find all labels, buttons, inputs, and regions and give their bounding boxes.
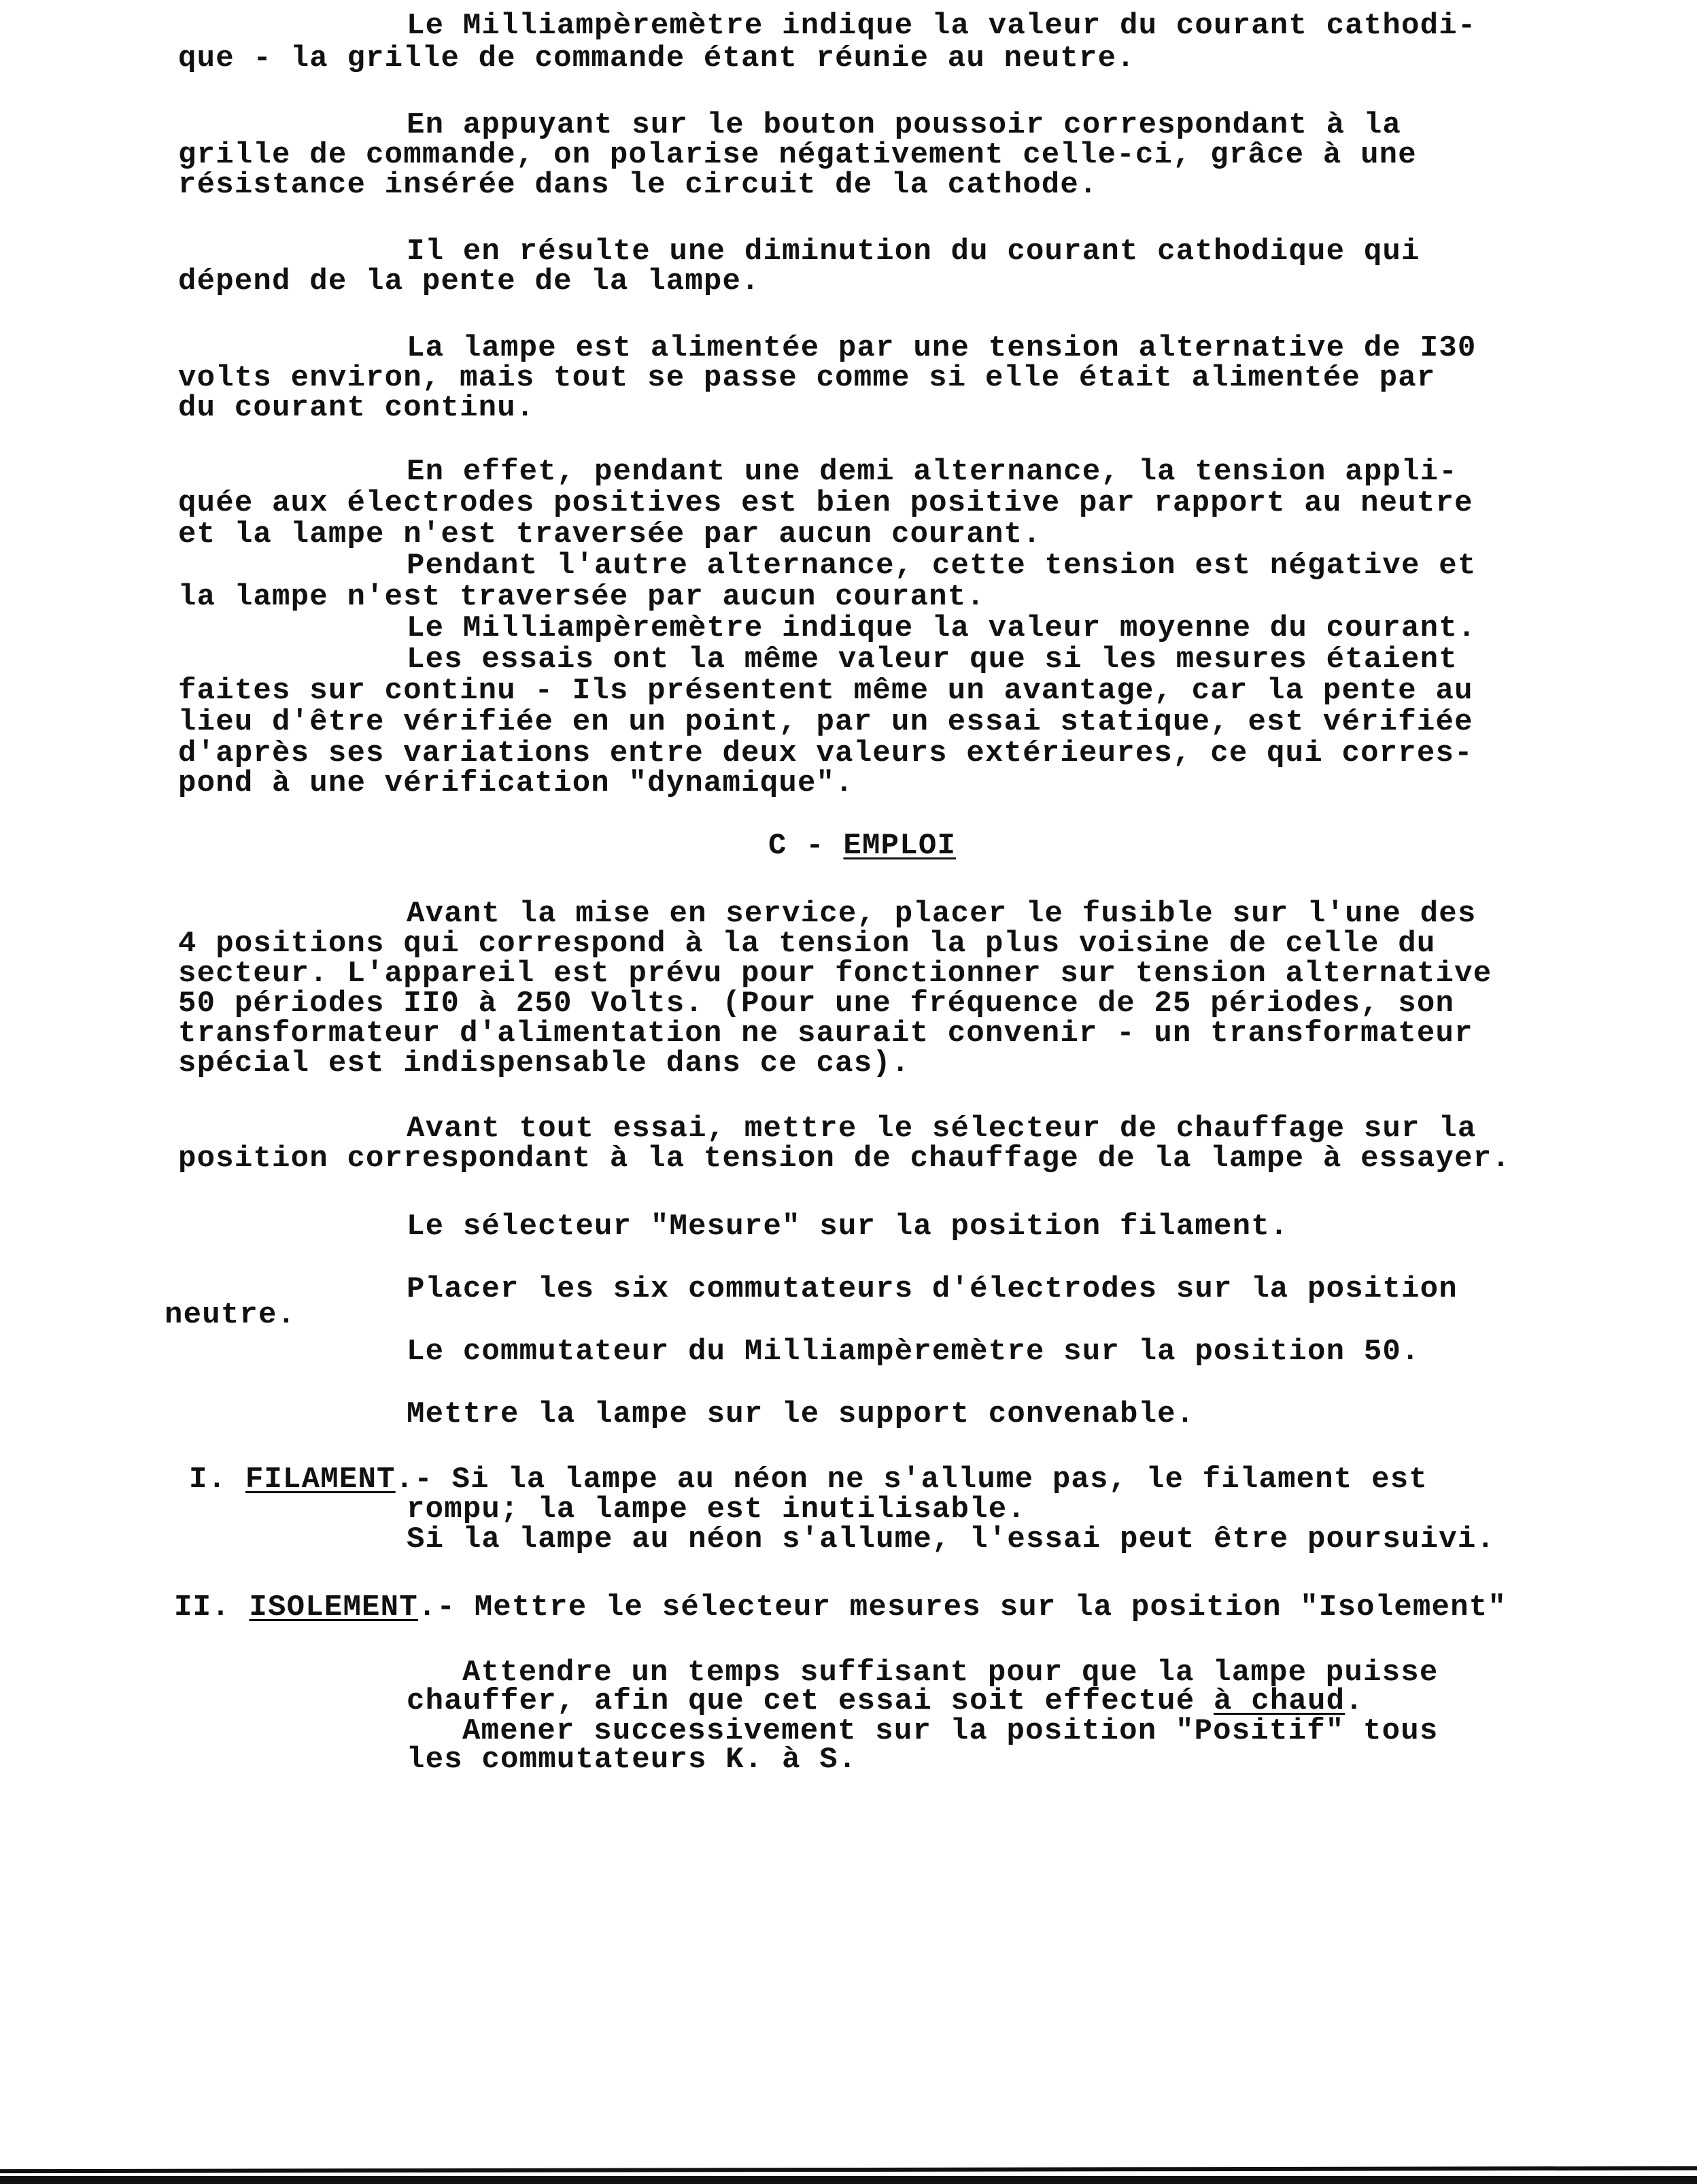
paragraph-line: volts environ, mais tout se passe comme …: [178, 362, 1436, 394]
paragraph-line: Pendant l'autre alternance, cette tensio…: [407, 549, 1476, 582]
paragraph-line: En effet, pendant une demi alternance, l…: [407, 456, 1458, 488]
paragraph-line: du courant continu.: [178, 392, 534, 424]
item-number: I.: [189, 1463, 245, 1497]
paragraph-line: neutre.: [165, 1299, 296, 1331]
paragraph-line: les commutateurs K. à S.: [407, 1743, 857, 1776]
paragraph-line: Le Milliampèremètre indique la valeur mo…: [407, 612, 1476, 645]
scan-edge-band: [0, 2176, 1697, 2184]
paragraph-line: Le Milliampèremètre indique la valeur du…: [407, 10, 1476, 42]
paragraph-line: résistance insérée dans le circuit de la…: [178, 169, 1098, 201]
paragraph-line: chauffer, afin que cet essai soit effect…: [407, 1685, 1364, 1718]
paragraph-line: Avant la mise en service, placer le fusi…: [407, 898, 1476, 930]
paragraph-line: Avant tout essai, mettre le sélecteur de…: [407, 1112, 1476, 1145]
document-page: Le Milliampèremètre indique la valeur du…: [0, 0, 1697, 2184]
paragraph-line: En appuyant sur le bouton poussoir corre…: [407, 109, 1401, 141]
paragraph-line: faites sur continu - Ils présentent même…: [178, 675, 1473, 707]
text-run: .: [1345, 1684, 1364, 1718]
paragraph-line: rompu; la lampe est inutilisable.: [407, 1493, 1026, 1526]
paragraph-line: Le sélecteur "Mesure" sur la position fi…: [407, 1210, 1288, 1243]
item-text: .- Si la lampe au néon ne s'allume pas, …: [396, 1463, 1428, 1497]
section-heading: C - EMPLOI: [768, 830, 956, 862]
paragraph-line: Si la lampe au néon s'allume, l'essai pe…: [407, 1523, 1495, 1556]
paragraph-line: 4 positions qui correspond à la tension …: [178, 927, 1436, 960]
paragraph-line: et la lampe n'est traversée par aucun co…: [178, 518, 1042, 551]
paragraph-line: position correspondant à la tension de c…: [178, 1142, 1511, 1175]
section-prefix: C -: [768, 829, 843, 863]
paragraph-line: La lampe est alimentée par une tension a…: [407, 332, 1476, 364]
paragraph-line: lieu d'être vérifiée en un point, par un…: [178, 706, 1473, 738]
paragraph-line: pond à une vérification "dynamique".: [178, 767, 854, 800]
paragraph-line: Mettre la lampe sur le support convenabl…: [407, 1398, 1195, 1431]
paragraph-line: spécial est indispensable dans ce cas).: [178, 1047, 910, 1080]
item-text: .- Mettre le sélecteur mesures sur la po…: [418, 1590, 1507, 1624]
paragraph-line: d'après ses variations entre deux valeur…: [178, 737, 1473, 770]
scan-edge-line: [0, 2166, 1697, 2173]
emphasis-a-chaud: à chaud: [1214, 1684, 1345, 1718]
item-title: ISOLEMENT: [249, 1590, 417, 1624]
paragraph-line: quée aux électrodes positives est bien p…: [178, 487, 1473, 519]
paragraph-line: la lampe n'est traversée par aucun coura…: [178, 581, 985, 613]
paragraph-line: Il en résulte une diminution du courant …: [407, 235, 1420, 268]
item-isolement: II. ISOLEMENT.- Mettre le sélecteur mesu…: [174, 1591, 1507, 1624]
paragraph-line: transformateur d'alimentation ne saurait…: [178, 1017, 1473, 1050]
paragraph-line: Le commutateur du Milliampèremètre sur l…: [407, 1335, 1420, 1368]
text-run: chauffer, afin que cet essai soit effect…: [407, 1684, 1214, 1718]
section-title: EMPLOI: [843, 829, 956, 863]
paragraph-line: Placer les six commutateurs d'électrodes…: [407, 1273, 1458, 1306]
item-number: II.: [174, 1590, 249, 1624]
item-title: FILAMENT: [245, 1463, 396, 1497]
paragraph-line: grille de commande, on polarise négative…: [178, 139, 1417, 171]
paragraph-line: que - la grille de commande étant réunie…: [178, 42, 1135, 75]
paragraph-line: Les essais ont la même valeur que si les…: [407, 643, 1458, 676]
item-filament: I. FILAMENT.- Si la lampe au néon ne s'a…: [189, 1463, 1428, 1496]
paragraph-line: dépend de la pente de la lampe.: [178, 265, 760, 298]
paragraph-line: 50 périodes II0 à 250 Volts. (Pour une f…: [178, 987, 1454, 1020]
paragraph-line: secteur. L'appareil est prévu pour fonct…: [178, 957, 1492, 990]
